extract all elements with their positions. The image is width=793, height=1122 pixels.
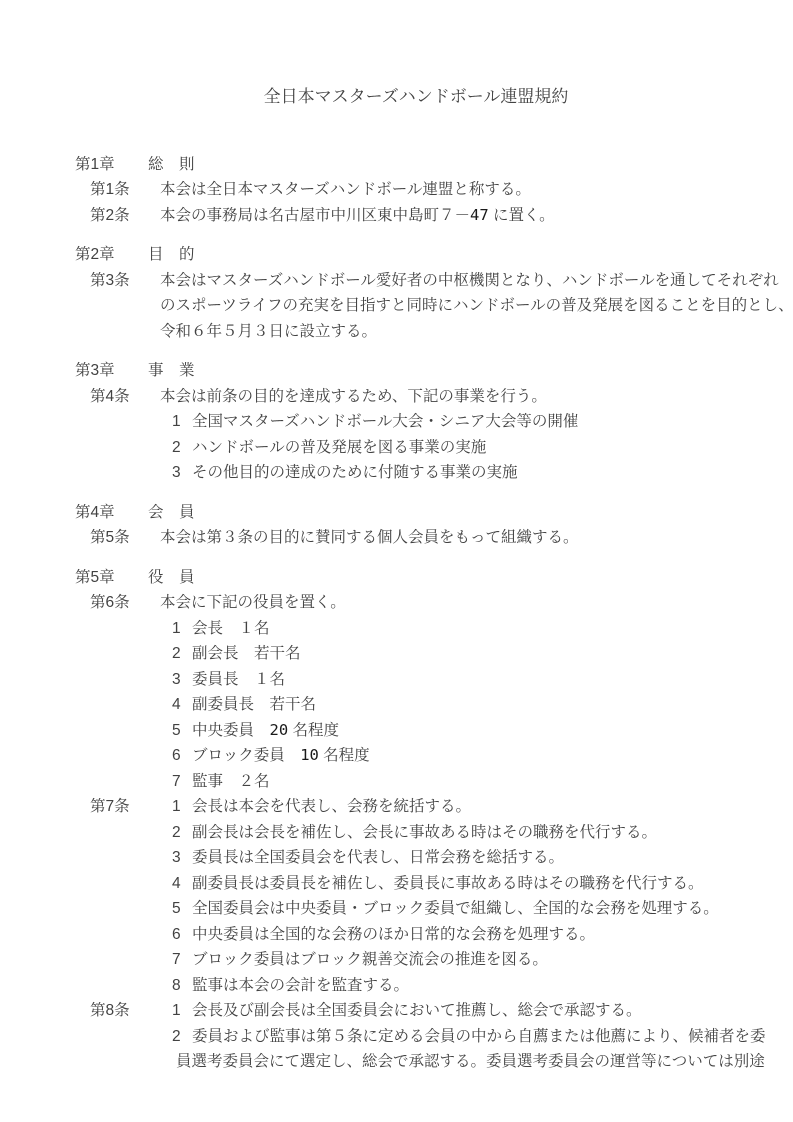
- chapter-number: 第2章: [75, 242, 148, 268]
- list-item: 1 全国マスターズハンドボール大会・シニア大会等の開催: [75, 409, 775, 435]
- list-item: 4 副委員長は委員長を補佐し、委員長に事故ある時はその職務を代行する。: [75, 871, 775, 897]
- item-number: 7: [172, 769, 192, 795]
- item-text: 監事は本会の会計を監査する。: [192, 973, 409, 999]
- item-number: 1: [172, 616, 192, 642]
- item-number: 8: [172, 973, 192, 999]
- document-page: 全日本マスターズハンドボール連盟規約 第1章 総 則 第1条 本会は全日本マスタ…: [0, 0, 793, 1122]
- list-item: 3 その他目的の達成のために付随する事業の実施: [75, 460, 775, 486]
- item-number: 5: [172, 896, 192, 922]
- article-text: 本会は第３条の目的に賛同する個人会員をもって組織する。: [160, 525, 579, 551]
- article-label: 第2条: [90, 203, 160, 229]
- article-text: のスポーツライフの充実を目指すと同時にハンドボールの普及発展を図ることを目的とし…: [160, 293, 793, 319]
- text-part: 本会の事務局は名古屋市中川区東中島町７－: [160, 207, 470, 224]
- item-text: 委員および監事は第５条に定める会員の中から自薦または他薦により、候補者を委: [192, 1024, 766, 1050]
- chapter-5: 第5章 役 員 第6条 本会に下記の役員を置く。 1 会長 １名 2 副会長 若…: [75, 565, 775, 1075]
- article-line: 第2条 本会の事務局は名古屋市中川区東中島町７－47 に置く。: [75, 203, 775, 229]
- item-text: その他目的の達成のために付随する事業の実施: [192, 460, 518, 486]
- item-number: 4: [172, 692, 192, 718]
- item-number: 2: [172, 1024, 192, 1050]
- article-line: 第7条 1 会長は本会を代表し、会務を統括する。: [75, 794, 775, 820]
- address-number: 47: [470, 206, 489, 224]
- document-title: 全日本マスターズハンドボール連盟規約: [75, 84, 757, 110]
- chapter-4: 第4章 会 員 第5条 本会は第３条の目的に賛同する個人会員をもって組織する。: [75, 500, 775, 551]
- article-label: 第5条: [90, 525, 160, 551]
- list-item: 7 監事 ２名: [75, 769, 775, 795]
- article-line: 第1条 本会は全日本マスターズハンドボール連盟と称する。: [75, 177, 775, 203]
- list-item: 4 副委員長 若干名: [75, 692, 775, 718]
- text-part: ブロック委員: [192, 747, 300, 764]
- article-line: 第5条 本会は第３条の目的に賛同する個人会員をもって組織する。: [75, 525, 775, 551]
- chapter-name: 事 業: [148, 358, 195, 384]
- item-number: 1: [172, 409, 192, 435]
- article-label: 第7条: [90, 794, 172, 820]
- chapter-number: 第5章: [75, 565, 148, 591]
- item-number: 1: [172, 794, 192, 820]
- text-part: 名程度: [288, 722, 339, 739]
- item-number: 3: [172, 460, 192, 486]
- item-text: ハンドボールの普及発展を図る事業の実施: [192, 435, 486, 461]
- chapter-3: 第3章 事 業 第4条 本会は前条の目的を達成するため、下記の事業を行う。 1 …: [75, 358, 775, 486]
- list-item: 2 委員および監事は第５条に定める会員の中から自薦または他薦により、候補者を委: [75, 1024, 775, 1050]
- article-line: 第3条 本会はマスターズハンドボール愛好者の中枢機関となり、ハンドボールを通して…: [75, 268, 775, 294]
- chapter-number: 第4章: [75, 500, 148, 526]
- item-text: 中央委員 20 名程度: [192, 718, 339, 744]
- item-text: 副委員長は委員長を補佐し、委員長に事故ある時はその職務を代行する。: [192, 871, 704, 897]
- article-continuation: 令和６年５月３日に設立する。: [75, 319, 775, 345]
- article-label: 第1条: [90, 177, 160, 203]
- item-text: 中央委員は全国的な会務のほか日常的な会務を処理する。: [192, 922, 595, 948]
- item-number: 7: [172, 947, 192, 973]
- list-item: 7 ブロック委員はブロック親善交流会の推進を図る。: [75, 947, 775, 973]
- item-text: 副会長は会長を補佐し、会長に事故ある時はその職務を代行する。: [192, 820, 657, 846]
- list-item: 5 中央委員 20 名程度: [75, 718, 775, 744]
- item-text: 員選考委員会にて選定し、総会で承認する。委員選考委員会の運営等については別途: [176, 1049, 765, 1075]
- list-item: 1 会長 １名: [75, 616, 775, 642]
- item-text: 会長は本会を代表し、会務を統括する。: [192, 794, 471, 820]
- list-item: 6 ブロック委員 10 名程度: [75, 743, 775, 769]
- article-text: 本会はマスターズハンドボール愛好者の中枢機関となり、ハンドボールを通してそれぞれ: [160, 268, 779, 294]
- item-number: 3: [172, 667, 192, 693]
- chapter-name: 総 則: [148, 152, 195, 178]
- item-text: 副委員長 若干名: [192, 692, 316, 718]
- chapter-heading: 第2章 目 的: [75, 242, 775, 268]
- chapter-2: 第2章 目 的 第3条 本会はマスターズハンドボール愛好者の中枢機関となり、ハン…: [75, 242, 775, 344]
- article-label: 第4条: [90, 384, 160, 410]
- list-item: 6 中央委員は全国的な会務のほか日常的な会務を処理する。: [75, 922, 775, 948]
- item-number: 6: [172, 743, 192, 769]
- member-count: 20: [270, 721, 289, 739]
- article-line: 第6条 本会に下記の役員を置く。: [75, 590, 775, 616]
- article-label: 第8条: [90, 998, 172, 1024]
- chapter-number: 第3章: [75, 358, 148, 384]
- article-continuation: のスポーツライフの充実を目指すと同時にハンドボールの普及発展を図ることを目的とし…: [75, 293, 775, 319]
- item-text: 監事 ２名: [192, 769, 270, 795]
- article-text: 本会は全日本マスターズハンドボール連盟と称する。: [160, 177, 531, 203]
- item-text: 会長及び副会長は全国委員会において推薦し、総会で承認する。: [192, 998, 642, 1024]
- chapter-name: 会 員: [148, 500, 195, 526]
- item-text: 委員長 １名: [192, 667, 285, 693]
- article-label: 第3条: [90, 268, 160, 294]
- article-text: 本会の事務局は名古屋市中川区東中島町７－47 に置く。: [160, 203, 555, 229]
- list-item: 5 全国委員会は中央委員・ブロック委員で組織し、全国的な会務を処理する。: [75, 896, 775, 922]
- article-text: 本会に下記の役員を置く。: [160, 590, 346, 616]
- article-line: 第4条 本会は前条の目的を達成するため、下記の事業を行う。: [75, 384, 775, 410]
- list-item: 3 委員長 １名: [75, 667, 775, 693]
- article-text: 令和６年５月３日に設立する。: [160, 319, 377, 345]
- chapter-heading: 第3章 事 業: [75, 358, 775, 384]
- text-part: 中央委員: [192, 722, 270, 739]
- item-number: 2: [172, 641, 192, 667]
- item-number: 5: [172, 718, 192, 744]
- item-number: 2: [172, 435, 192, 461]
- chapter-heading: 第1章 総 則: [75, 152, 775, 178]
- chapter-number: 第1章: [75, 152, 148, 178]
- item-text: 副会長 若干名: [192, 641, 301, 667]
- item-text: ブロック委員 10 名程度: [192, 743, 370, 769]
- chapter-heading: 第5章 役 員: [75, 565, 775, 591]
- text-part: に置く。: [489, 207, 555, 224]
- chapter-1: 第1章 総 則 第1条 本会は全日本マスターズハンドボール連盟と称する。 第2条…: [75, 152, 775, 229]
- chapter-name: 役 員: [148, 565, 195, 591]
- member-count: 10: [300, 746, 319, 764]
- list-item: 2 副会長 若干名: [75, 641, 775, 667]
- article-line: 第8条 1 会長及び副会長は全国委員会において推薦し、総会で承認する。: [75, 998, 775, 1024]
- item-text: 委員長は全国委員会を代表し、日常会務を総括する。: [192, 845, 564, 871]
- item-number: 6: [172, 922, 192, 948]
- article-label: 第6条: [90, 590, 160, 616]
- chapter-heading: 第4章 会 員: [75, 500, 775, 526]
- text-part: 名程度: [319, 747, 370, 764]
- list-item: 2 ハンドボールの普及発展を図る事業の実施: [75, 435, 775, 461]
- article-text: 本会は前条の目的を達成するため、下記の事業を行う。: [160, 384, 547, 410]
- item-text: 全国マスターズハンドボール大会・シニア大会等の開催: [192, 409, 578, 435]
- list-item: 2 副会長は会長を補佐し、会長に事故ある時はその職務を代行する。: [75, 820, 775, 846]
- list-item: 3 委員長は全国委員会を代表し、日常会務を総括する。: [75, 845, 775, 871]
- item-number: 2: [172, 820, 192, 846]
- item-continuation: 員選考委員会にて選定し、総会で承認する。委員選考委員会の運営等については別途: [75, 1049, 775, 1075]
- document-body: 全日本マスターズハンドボール連盟規約 第1章 総 則 第1条 本会は全日本マスタ…: [75, 84, 775, 1075]
- item-text: 全国委員会は中央委員・ブロック委員で組織し、全国的な会務を処理する。: [192, 896, 719, 922]
- list-item: 8 監事は本会の会計を監査する。: [75, 973, 775, 999]
- item-number: 1: [172, 998, 192, 1024]
- item-text: ブロック委員はブロック親善交流会の推進を図る。: [192, 947, 548, 973]
- item-number: 4: [172, 871, 192, 897]
- chapter-name: 目 的: [148, 242, 195, 268]
- item-number: 3: [172, 845, 192, 871]
- item-text: 会長 １名: [192, 616, 270, 642]
